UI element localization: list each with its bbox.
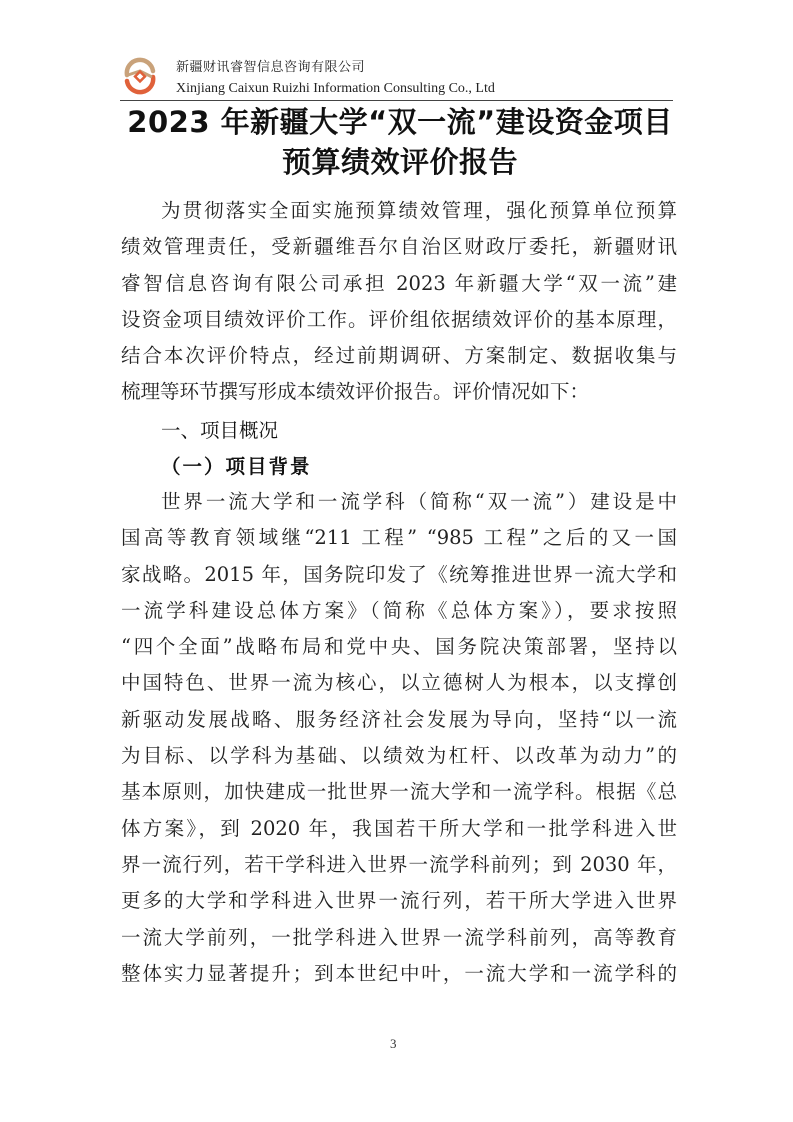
text-line: 梳理等环节撰写形成本绩效评价报告。评价情况如下： [121,374,677,410]
text-line: 结合本次评价特点，经过前期调研、方案制定、数据收集与 [121,338,677,374]
text-line: 体方案》，到 2020 年，我国若干所大学和一批学科进入世 [121,811,677,847]
background-paragraph: 世界一流大学和一流学科（简称“双一流”）建设是中 国高等教育领域继“211 工程… [121,484,677,992]
intro-paragraph: 为贯彻落实全面实施预算绩效管理，强化预算单位预算 绩效管理责任，受新疆维吾尔自治… [121,193,677,411]
text-line: 为目标、以学科为基础、以绩效为杠杆、以改革为动力”的 [121,738,677,774]
text-line: 一流学科建设总体方案》（简称《总体方案》），要求按照 [121,593,677,629]
text-line: 世界一流大学和一流学科（简称“双一流”）建设是中 [121,484,677,520]
text-line: 界一流行列，若干学科进入世界一流学科前列；到 2030 年， [121,847,677,883]
page-number: 3 [390,1036,397,1052]
text-line: 家战略。2015 年，国务院印发了《统筹推进世界一流大学和 [121,557,677,593]
header-divider [120,100,673,101]
text-line: 绩效管理责任，受新疆维吾尔自治区财政厅委托，新疆财讯 [121,229,677,265]
subsection-heading: （一）项目背景 [161,452,312,482]
document-page: 新疆财讯睿智信息咨询有限公司 Xinjiang Caixun Ruizhi In… [0,0,793,1122]
text-line: 设资金项目绩效评价工作。评价组依据绩效评价的基本原理， [121,302,677,338]
text-line: 为贯彻落实全面实施预算绩效管理，强化预算单位预算 [121,193,677,229]
text-line: 更多的大学和学科进入世界一流行列，若干所大学进入世界 [121,883,677,919]
report-title-line-2: 预算绩效评价报告 [110,144,690,180]
text-line: 中国特色、世界一流为核心，以立德树人为根本，以支撑创 [121,665,677,701]
section-heading: 一、项目概况 [161,416,278,446]
company-name-chinese: 新疆财讯睿智信息咨询有限公司 [176,60,365,76]
text-line: “四个全面”战略布局和党中央、国务院决策部署，坚持以 [121,629,677,665]
company-name-english: Xinjiang Caixun Ruizhi Information Consu… [176,80,495,97]
text-line: 基本原则，加快建成一批世界一流大学和一流学科。根据《总 [121,774,677,810]
text-line: 国高等教育领域继“211 工程” “985 工程”之后的又一国 [121,520,677,556]
page-header: 新疆财讯睿智信息咨询有限公司 Xinjiang Caixun Ruizhi In… [120,54,673,101]
text-line: 睿智信息咨询有限公司承担 2023 年新疆大学“双一流”建 [121,266,677,302]
text-line: 整体实力显著提升；到本世纪中叶，一流大学和一流学科的 [121,956,677,992]
text-line: 一流大学前列，一批学科进入世界一流学科前列，高等教育 [121,920,677,956]
company-logo-icon [120,56,160,96]
report-title-line-1: 2023 年新疆大学“双一流”建设资金项目 [110,104,690,140]
text-line: 新驱动发展战略、服务经济社会发展为导向，坚持“以一流 [121,702,677,738]
